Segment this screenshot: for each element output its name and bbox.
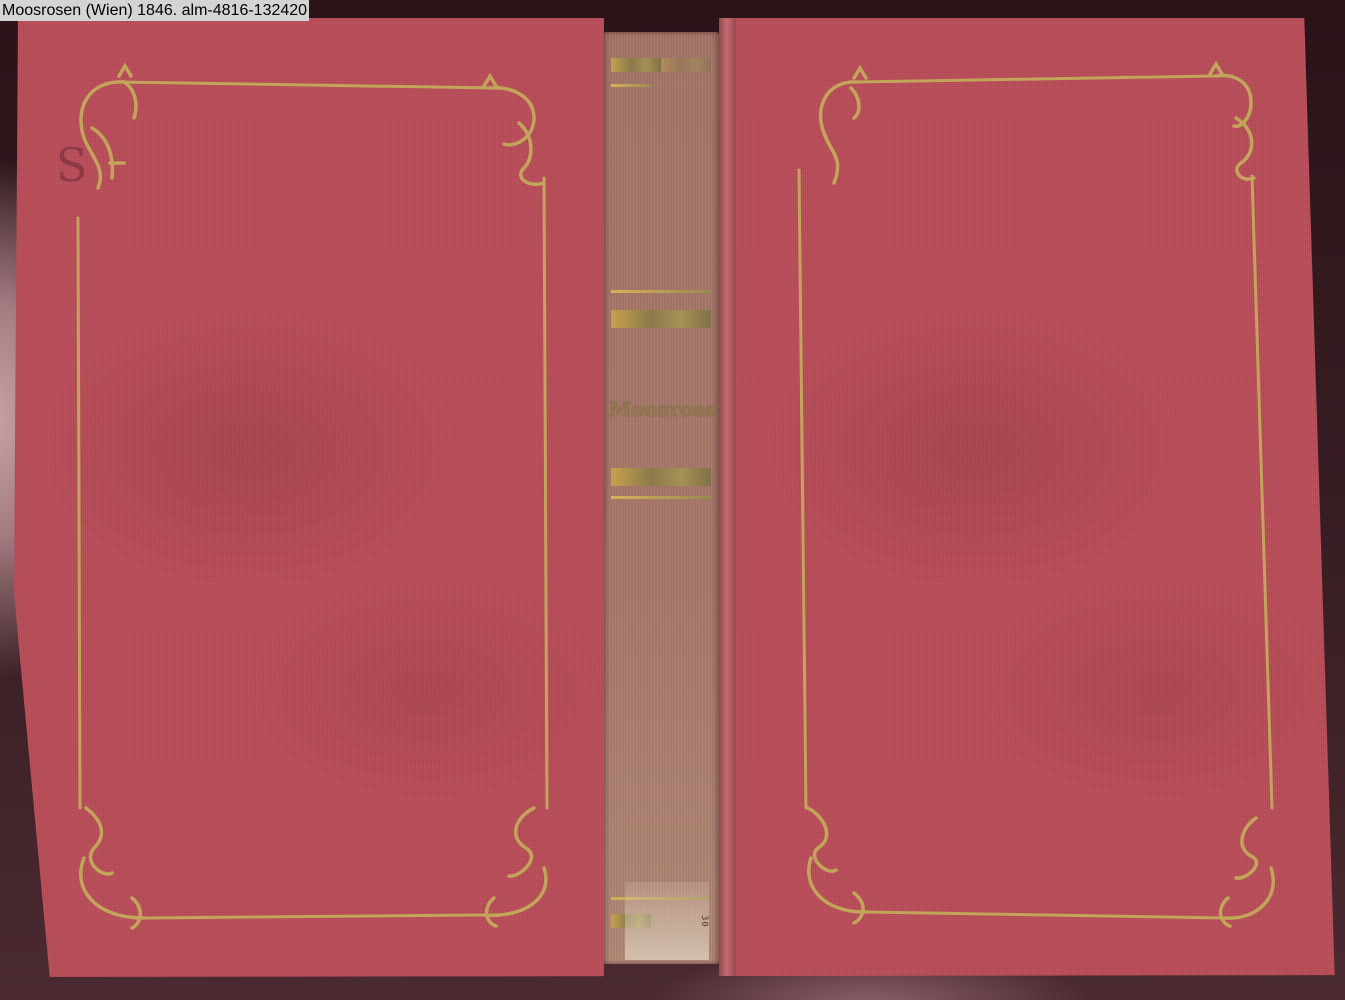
- back-cover-gilt-frame: [14, 18, 604, 978]
- library-stamp: S: [56, 142, 88, 188]
- spine-gilt-rule-lower: [611, 496, 711, 499]
- spine-gilt-rule-upper: [611, 290, 711, 293]
- spine-gilt-ornament-top: [611, 58, 661, 72]
- spine-gilt-band-lower: [611, 468, 711, 486]
- book-spine: Moosrosen 30: [603, 32, 719, 964]
- spine-hinge: [719, 18, 736, 978]
- spine-shelf-label: 30: [625, 882, 709, 960]
- back-cover: S: [14, 18, 604, 978]
- spine-gilt-rule-top: [611, 84, 651, 87]
- front-cover: [736, 18, 1336, 978]
- spine-gilt-band-top: [661, 58, 711, 72]
- open-book-cover: S Moosrosen 30: [14, 18, 1336, 978]
- spine-title: Moosrosen: [609, 394, 713, 424]
- front-cover-gilt-frame: [736, 18, 1336, 978]
- image-caption: Moosrosen (Wien) 1846. alm-4816-132420: [0, 0, 309, 21]
- spine-gilt-band-upper: [611, 310, 711, 328]
